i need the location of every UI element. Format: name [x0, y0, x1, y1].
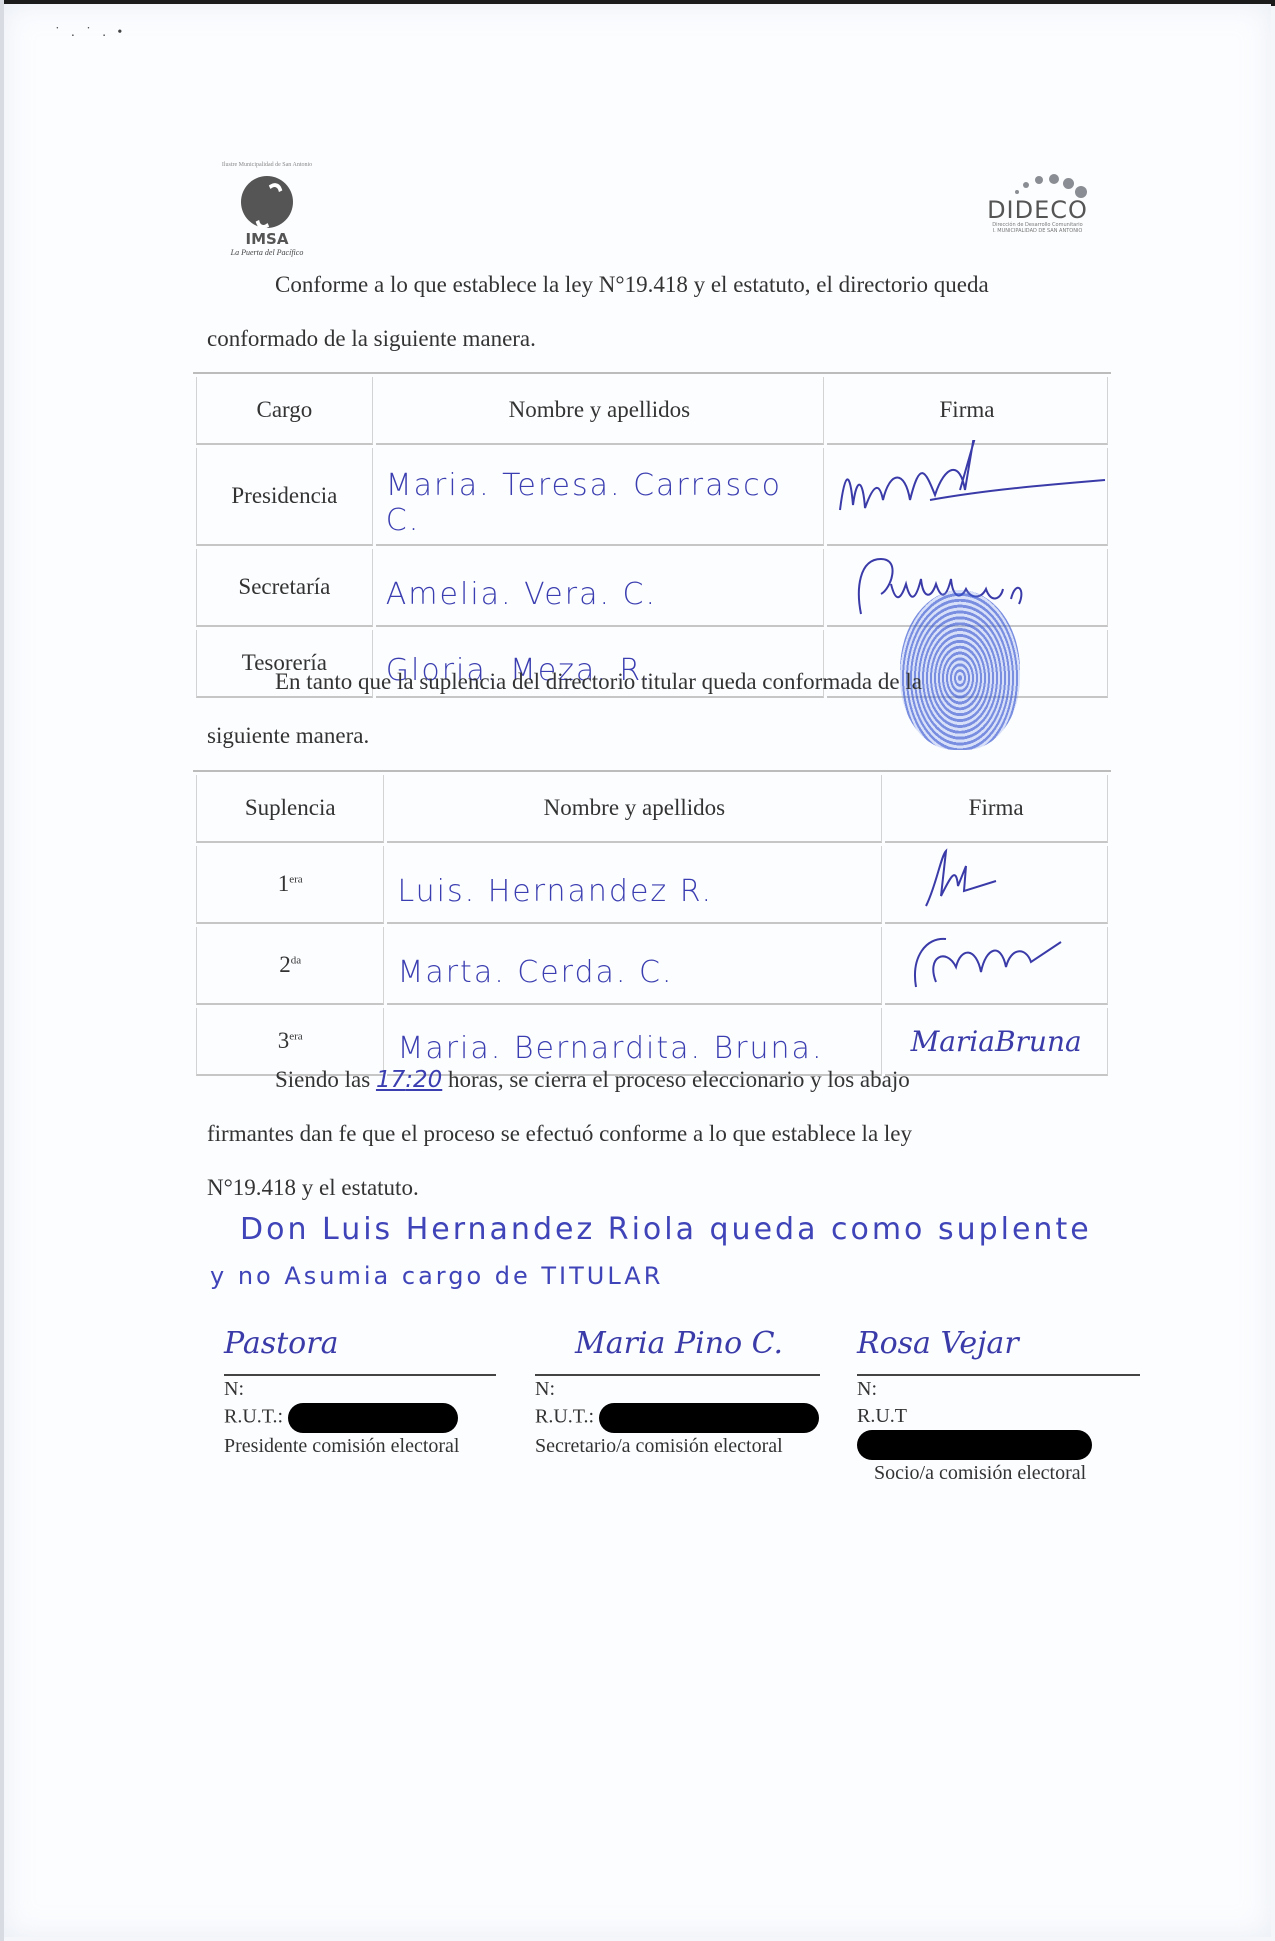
handwritten-name: Maria. Teresa. Carrasco C. — [376, 454, 823, 538]
scan-specks: ˙ . ˙ . • — [55, 25, 126, 41]
rut-label: R.U.T.: — [535, 1406, 594, 1428]
handwritten-note-line-2: y no Asumia cargo de TITULAR — [210, 1262, 663, 1290]
intro-line-2: conformado de la siguiente manera. — [207, 312, 1097, 366]
imsa-name: IMSA — [212, 230, 322, 248]
closing-prefix: Siendo las — [275, 1067, 370, 1092]
scan-left-edge — [0, 0, 4, 1941]
suplencia-table-header: Suplencia Nombre y apellidos Firma — [196, 775, 1108, 843]
name-label: N: — [857, 1376, 1140, 1403]
role-label: Socio/a comisión electoral — [857, 1460, 1140, 1487]
header-nombre: Nombre y apellidos — [376, 377, 824, 445]
closing-suffix: horas, se cierra el proceso eleccionario… — [448, 1067, 910, 1092]
table-row: Presidencia Maria. Teresa. Carrasco C. — [196, 448, 1108, 546]
imsa-tagline: La Puerta del Pacífico — [212, 248, 322, 257]
signatory-president: Pastora N: R.U.T.: Presidente comisión e… — [224, 1330, 496, 1460]
signatory-secretary: Maria Pino C. N: R.U.T.: Secretario/a co… — [535, 1330, 820, 1460]
signature-suplente-1 — [885, 846, 1108, 924]
suplencia-table: Suplencia Nombre y apellidos Firma 1era … — [193, 770, 1111, 1079]
cargo-cell: Presidencia — [196, 448, 373, 546]
cargo-cell: Secretaría — [196, 549, 373, 627]
header-firma: Firma — [885, 775, 1108, 843]
signature: Rosa Vejar — [857, 1330, 1140, 1370]
role-label: Secretario/a comisión electoral — [535, 1433, 820, 1460]
signature-presidencia — [827, 448, 1108, 546]
role-label: Presidente comisión electoral — [224, 1433, 496, 1460]
signature: Maria Pino C. — [535, 1330, 820, 1370]
rut-label: R.U.T — [857, 1405, 907, 1427]
handwritten-note-line-1: Don Luis Hernandez Riola queda como supl… — [240, 1212, 1092, 1247]
name-label: N: — [535, 1376, 820, 1403]
suplencia-number: 2da — [196, 927, 384, 1005]
signature-suplente-2 — [885, 927, 1108, 1005]
suplencia-paragraph: En tanto que la suplencia del directorio… — [207, 655, 1097, 763]
closing-paragraph: Siendo las 17:20 horas, se cierra el pro… — [207, 1053, 1097, 1215]
imsa-arc-text: Ilustre Municipalidad de San Antonio — [212, 162, 322, 168]
dideco-dots-icon — [975, 170, 1100, 198]
header-cargo: Cargo — [196, 377, 373, 445]
suplencia-line-2: siguiente manera. — [207, 709, 1097, 763]
suplencia-line-1: En tanto que la suplencia del directorio… — [275, 669, 922, 694]
table-row: 2da Marta. Cerda. C. — [196, 927, 1108, 1005]
handwritten-name: Luis. Hernandez R. — [387, 860, 881, 909]
suplencia-number: 1era — [196, 846, 384, 924]
name-label: N: — [224, 1376, 496, 1403]
handwritten-name: Marta. Cerda. C. — [387, 941, 881, 990]
intro-line-1: Conforme a lo que establece la ley N°19.… — [275, 272, 989, 297]
redaction-bar — [857, 1430, 1092, 1460]
closing-line-2: firmantes dan fe que el proceso se efect… — [207, 1107, 1097, 1161]
signature: Pastora — [224, 1330, 496, 1370]
redaction-bar — [599, 1403, 819, 1433]
table-row: 1era Luis. Hernandez R. — [196, 846, 1108, 924]
redaction-bar — [288, 1403, 458, 1433]
dideco-subtitle-2: I. MUNICIPALIDAD DE SAN ANTONIO — [975, 228, 1100, 234]
imsa-emblem-icon — [241, 176, 293, 228]
rut-label: R.U.T.: — [224, 1406, 283, 1428]
handwritten-name: Amelia. Vera. C. — [376, 563, 823, 612]
closing-time: 17:20 — [376, 1067, 442, 1093]
intro-paragraph: Conforme a lo que establece la ley N°19.… — [207, 258, 1097, 366]
signatory-member: Rosa Vejar N: R.U.T Socio/a comisión ele… — [857, 1330, 1140, 1487]
imsa-logo: Ilustre Municipalidad de San Antonio IMS… — [212, 160, 322, 270]
dideco-name: DIDECO — [975, 198, 1100, 222]
header-firma: Firma — [827, 377, 1108, 445]
board-table-header: Cargo Nombre y apellidos Firma — [196, 377, 1108, 445]
closing-line-3: N°19.418 y el estatuto. — [207, 1161, 1097, 1215]
header-suplencia: Suplencia — [196, 775, 384, 843]
dideco-logo: DIDECO Dirección de Desarrollo Comunitar… — [975, 170, 1100, 260]
header-nombre: Nombre y apellidos — [387, 775, 882, 843]
